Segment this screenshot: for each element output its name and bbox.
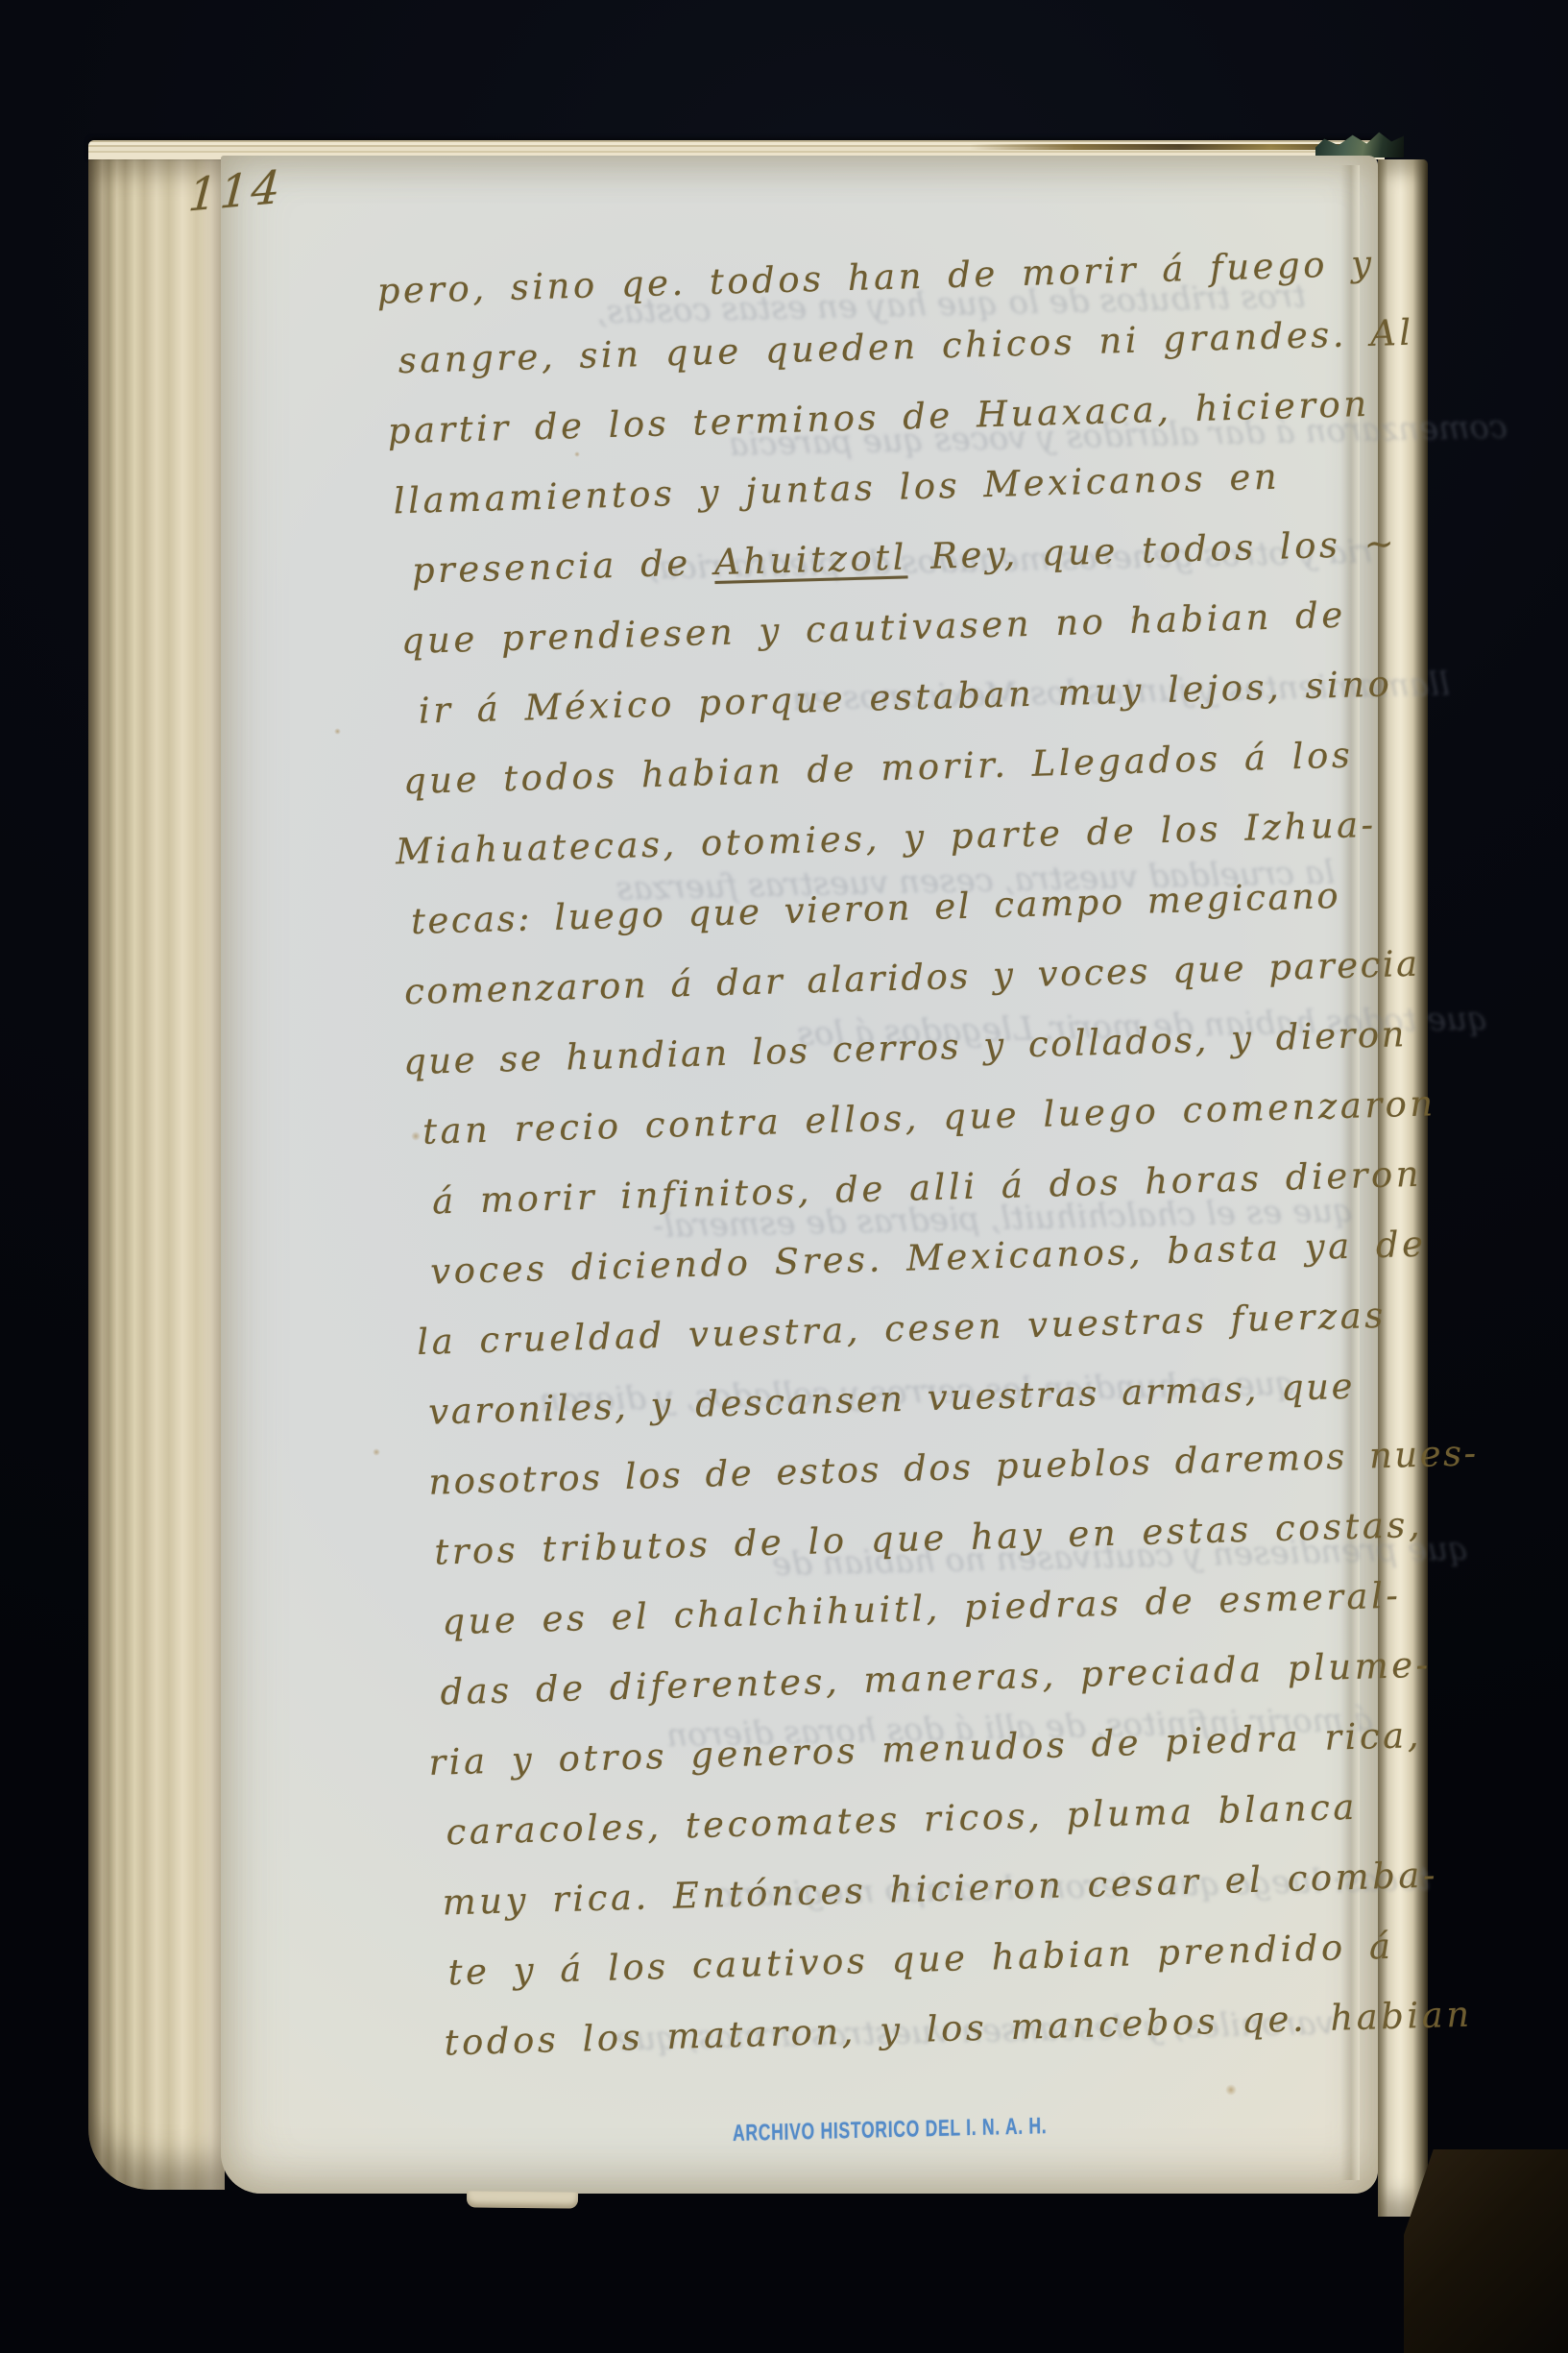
line-pre-text: presencia de <box>411 542 714 592</box>
book-cover-corner <box>1404 2149 1568 2353</box>
paper-spot <box>373 1448 380 1456</box>
manuscript-text-block: pero, sino qe. todos han de morir á fueg… <box>376 229 1416 2078</box>
paper-spot <box>334 728 341 735</box>
line-post-text: Rey, que todos los ~ <box>906 522 1397 577</box>
page-number: 114 <box>186 160 284 222</box>
paper-spot <box>1225 2084 1237 2096</box>
left-page-stack-edge <box>88 152 225 2190</box>
ahuitzotl-underlined-name: Ahuitzotl <box>713 536 907 583</box>
protruding-lower-page <box>467 2191 578 2208</box>
binding-cloth-fragment <box>1315 129 1404 158</box>
manuscript-photo-scene: tros tributos de lo que hay en estas cos… <box>0 0 1568 2353</box>
